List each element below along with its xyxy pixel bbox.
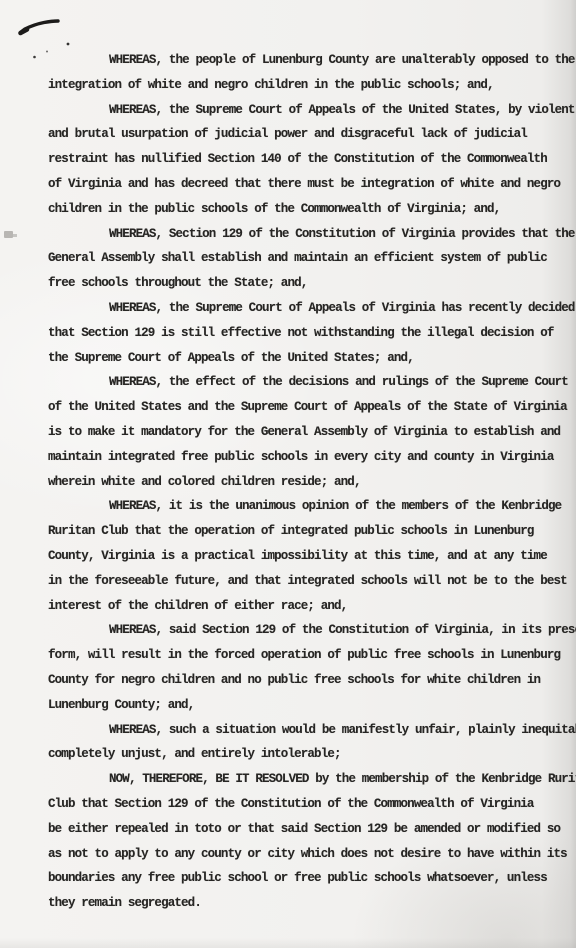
document-line: of Virginia and has decreed that there m… (48, 172, 570, 197)
document-line: children in the public schools of the Co… (48, 197, 570, 222)
scan-smudge (4, 231, 13, 238)
document-line: be either repealed in toto or that said … (48, 817, 570, 842)
document-line: as not to apply to any county or city wh… (48, 842, 570, 867)
document-line: wherein white and colored children resid… (48, 470, 570, 495)
document-line: County for negro children and no public … (48, 668, 570, 693)
document-line: General Assembly shall establish and mai… (48, 246, 570, 271)
document-line: and brutal usurpation of judicial power … (48, 122, 570, 147)
document-text-block: WHEREAS, the people of Lunenburg County … (48, 48, 570, 916)
document-line: WHEREAS, the Supreme Court of Appeals of… (48, 98, 570, 123)
document-line: maintain integrated free public schools … (48, 445, 570, 470)
document-line: County, Virginia is a practical impossib… (48, 544, 570, 569)
document-line: in the foreseeable future, and that inte… (48, 569, 570, 594)
document-line: WHEREAS, Section 129 of the Constitution… (48, 222, 570, 247)
document-line: completely unjust, and entirely intolera… (48, 742, 570, 767)
document-line: WHEREAS, the Supreme Court of Appeals of… (48, 296, 570, 321)
document-line: NOW, THEREFORE, BE IT RESOLVED by the me… (48, 767, 570, 792)
document-line: interest of the children of either race;… (48, 594, 570, 619)
document-line: restraint has nullified Section 140 of t… (48, 147, 570, 172)
document-line: Club that Section 129 of the Constitutio… (48, 792, 570, 817)
document-line: Ruritan Club that the operation of integ… (48, 519, 570, 544)
document-line: WHEREAS, it is the unanimous opinion of … (48, 494, 570, 519)
document-line: that Section 129 is still effective not … (48, 321, 570, 346)
document-line: of the United States and the Supreme Cou… (48, 395, 570, 420)
document-line: Lunenburg County; and, (48, 693, 570, 718)
document-line: WHEREAS, the effect of the decisions and… (48, 370, 570, 395)
document-line: boundaries any free public school or fre… (48, 866, 570, 891)
document-line: WHEREAS, said Section 129 of the Constit… (48, 618, 570, 643)
document-line: integration of white and negro children … (48, 73, 570, 98)
document-line: form, will result in the forced operatio… (48, 643, 570, 668)
document-line: they remain segregated. (48, 891, 570, 916)
document-page: WHEREAS, the people of Lunenburg County … (0, 0, 576, 948)
document-line: is to make it mandatory for the General … (48, 420, 570, 445)
document-line: the Supreme Court of Appeals of the Unit… (48, 346, 570, 371)
document-line: WHEREAS, the people of Lunenburg County … (48, 48, 570, 73)
document-line: WHEREAS, such a situation would be manif… (48, 718, 570, 743)
document-line: free schools throughout the State; and, (48, 271, 570, 296)
